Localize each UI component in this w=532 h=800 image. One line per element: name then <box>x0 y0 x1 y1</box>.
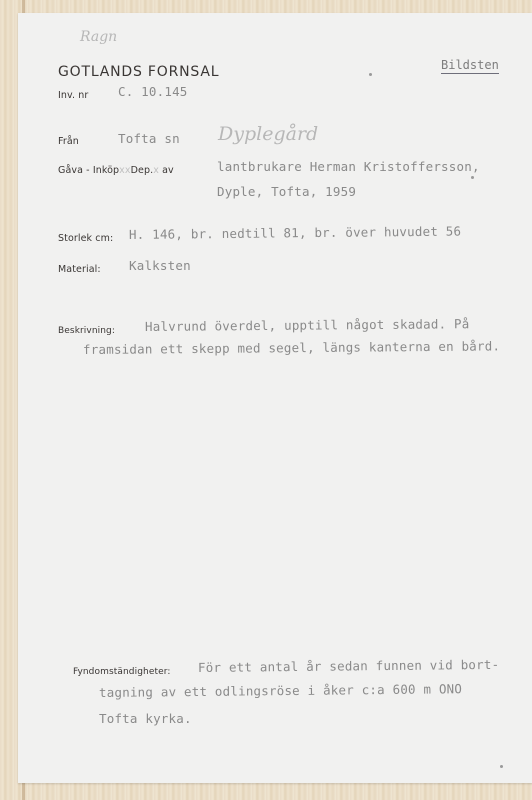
ink-speck <box>471 176 474 179</box>
handwritten-farm-name: Dyplegård <box>218 123 318 145</box>
inventory-value: C. 10.145 <box>118 84 188 99</box>
inventory-label: Inv. nr <box>58 90 88 101</box>
acquisition-inkop: Inköp <box>93 165 119 176</box>
acquisition-line-1: lantbrukare Herman Kristoffersson, <box>217 159 480 174</box>
acquisition-strikeout-1: xx <box>119 165 130 176</box>
find-circumstances-label: Fyndomständigheter: <box>73 667 171 677</box>
material-value: Kalksten <box>129 258 191 273</box>
from-label: Från <box>58 136 79 147</box>
acquisition-strikeout-2: x <box>153 165 159 176</box>
ink-speck <box>369 73 372 76</box>
size-label: Storlek cm: <box>58 233 113 244</box>
ink-speck <box>500 765 503 768</box>
acquisition-label: Gåva - InköpxxDep.x av <box>58 165 174 176</box>
handwritten-note-top: Ragn <box>80 29 117 45</box>
acquisition-suffix: av <box>162 165 174 176</box>
description-line-1: Halvrund överdel, upptill något skadad. … <box>145 316 470 334</box>
size-value: H. 146, br. nedtill 81, br. över huvudet… <box>129 224 461 242</box>
acquisition-prefix: Gåva - <box>58 165 90 176</box>
find-circumstances-line-3: Tofta kyrka. <box>99 711 192 726</box>
institution-title: GOTLANDS FORNSAL <box>58 64 219 80</box>
description-label: Beskrivning: <box>58 326 115 336</box>
find-circumstances-line-1: För ett antal år sedan funnen vid bort- <box>198 657 499 675</box>
acquisition-line-2: Dyple, Tofta, 1959 <box>217 184 356 199</box>
category-label: Bildsten <box>441 58 499 74</box>
acquisition-dep: Dep. <box>131 165 154 176</box>
from-value: Tofta sn <box>118 131 180 146</box>
catalog-card: Ragn GOTLANDS FORNSAL Bildsten Inv. nr C… <box>18 13 532 783</box>
material-label: Material: <box>58 264 101 275</box>
find-circumstances-line-2: tagning av ett odlingsröse i åker c:a 60… <box>99 681 462 700</box>
description-line-2: framsidan ett skepp med segel, längs kan… <box>83 338 500 357</box>
